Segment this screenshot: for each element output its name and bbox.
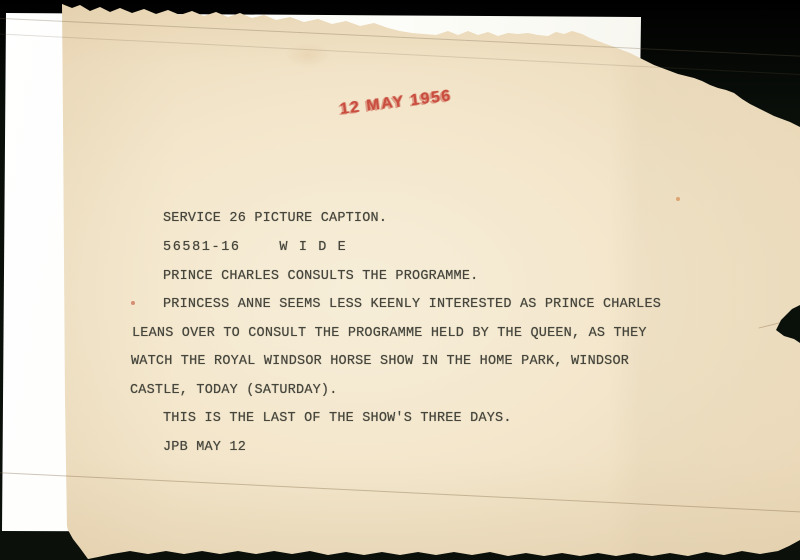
scanned-press-caption-photo: 12 MAY 1956 SERVICE 26 PICTURE CAPTION. … (0, 0, 800, 560)
date-stamp: 12 MAY 1956 (339, 87, 453, 119)
fold-crease (759, 316, 800, 328)
caption-line: PRINCE CHARLES CONSULTS THE PROGRAMME. (163, 269, 478, 285)
caption-line: JPB MAY 12 (163, 440, 246, 456)
caption-line: WATCH THE ROYAL WINDSOR HORSE SHOW IN TH… (131, 354, 629, 370)
caption-line: THIS IS THE LAST OF THE SHOW'S THREE DAY… (163, 411, 512, 427)
caption-line: 56581-16 W I D E (163, 240, 347, 256)
caption-line: LEANS OVER TO CONSULT THE PROGRAMME HELD… (132, 326, 647, 342)
caption-line: PRINCESS ANNE SEEMS LESS KEENLY INTEREST… (163, 297, 661, 313)
paper-stain (285, 42, 331, 68)
red-speck (131, 301, 135, 305)
caption-sheet: 12 MAY 1956 SERVICE 26 PICTURE CAPTION. … (0, 0, 800, 560)
caption-line: SERVICE 26 PICTURE CAPTION. (163, 211, 387, 227)
caption-line: CASTLE, TODAY (SATURDAY). (130, 383, 338, 399)
orange-speck (676, 197, 680, 201)
